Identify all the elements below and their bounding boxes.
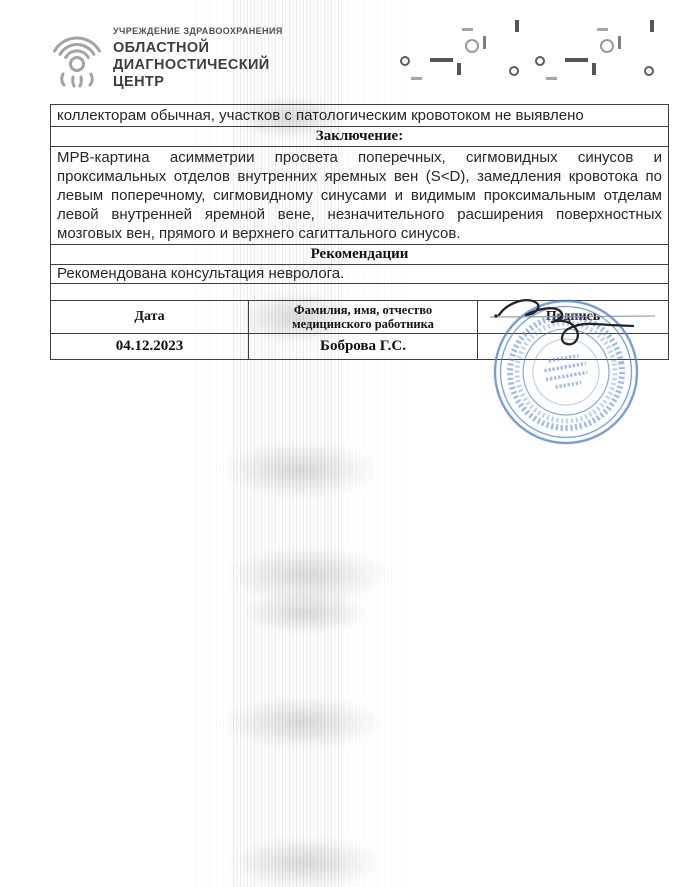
circle-mark [465, 39, 479, 53]
circle-mark [509, 66, 519, 76]
decorative-marks [394, 20, 529, 84]
signature-cell [478, 334, 669, 360]
bar-mark [483, 36, 486, 49]
medic-name-value: Боброва Г.С. [249, 334, 478, 360]
org-name: ОБЛАСТНОЙ ДИАГНОСТИЧЕСКИЙ ЦЕНТР [113, 40, 270, 91]
dash-mark [546, 77, 557, 80]
clinic-logo-icon [46, 28, 108, 92]
bar-mark [650, 20, 654, 32]
scan-blotch [228, 835, 383, 887]
dash-mark [411, 77, 422, 80]
conclusion-heading-row: Заключение: [51, 127, 669, 147]
bar-mark [457, 63, 461, 75]
circle-mark [535, 56, 545, 66]
scan-blotch [240, 590, 370, 635]
bar-mark [515, 20, 519, 32]
signature-value-row: 04.12.2023 Боброва Г.С. [51, 334, 669, 360]
report-table: коллекторам обычная, участков с патологи… [50, 104, 669, 360]
date-value: 04.12.2023 [51, 334, 249, 360]
circle-mark [644, 66, 654, 76]
conclusion-heading: Заключение: [51, 127, 669, 147]
signature-column-header: Подпись [478, 301, 669, 334]
bar-mark [618, 36, 621, 49]
org-type-label: УЧРЕЖДЕНИЕ ЗДРАВООХРАНЕНИЯ [113, 26, 283, 36]
org-name-line3: ЦЕНТР [113, 74, 270, 91]
name-column-header: Фамилия, имя, отчество медицинского рабо… [249, 301, 478, 334]
scan-blotch [220, 440, 380, 500]
recommendations-text: Рекомендована консультация невролога. [51, 265, 669, 284]
bar-mark [592, 63, 596, 75]
conclusion-text: МРВ-картина асимметрии просвета поперечн… [51, 147, 669, 245]
continuation-text: коллекторам обычная, участков с патологи… [51, 105, 669, 127]
circle-mark [400, 56, 410, 66]
circle-mark [600, 39, 614, 53]
recommendations-heading-row: Рекомендации [51, 245, 669, 265]
org-name-line1: ОБЛАСТНОЙ [113, 40, 270, 57]
dash-mark [597, 28, 608, 31]
signature-header-row: Дата Фамилия, имя, отчество медицинского… [51, 301, 669, 334]
spacer-row [51, 284, 669, 301]
name-header-line2: медицинского работника [249, 317, 477, 331]
conclusion-row: МРВ-картина асимметрии просвета поперечн… [51, 147, 669, 245]
spacer-cell [51, 284, 669, 301]
date-column-header: Дата [51, 301, 249, 334]
recommendations-heading: Рекомендации [51, 245, 669, 265]
decorative-marks [529, 20, 664, 84]
scan-blotch [220, 695, 385, 750]
dash-mark [462, 28, 473, 31]
continuation-row: коллекторам обычная, участков с патологи… [51, 105, 669, 127]
dash-mark [565, 58, 588, 62]
org-name-line2: ДИАГНОСТИЧЕСКИЙ [113, 57, 270, 74]
recommendations-row: Рекомендована консультация невролога. [51, 265, 669, 284]
name-header-line1: Фамилия, имя, отчество [249, 303, 477, 317]
dash-mark [430, 58, 453, 62]
scan-blotch [225, 545, 390, 605]
